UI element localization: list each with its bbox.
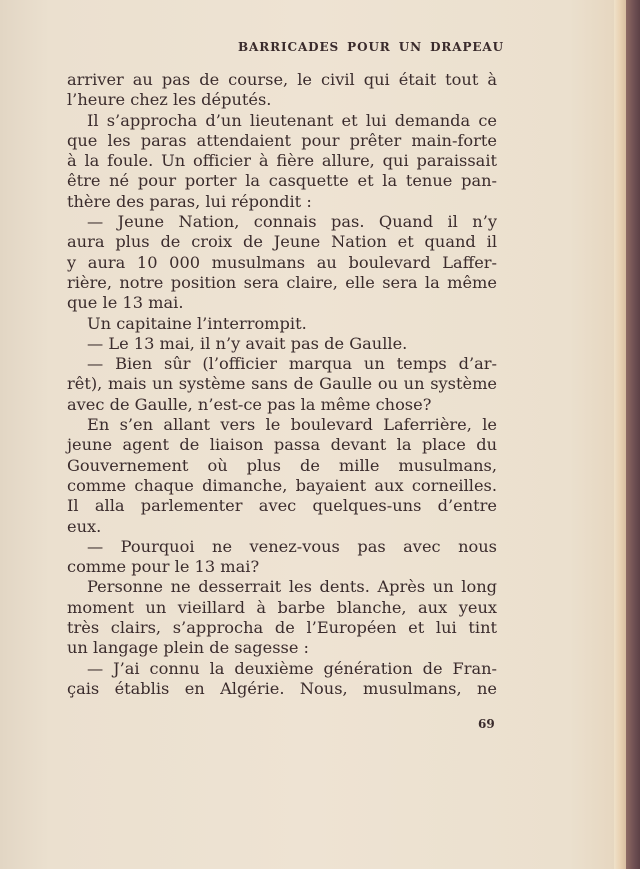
text-line: comme pour le 13 mai?	[67, 557, 497, 577]
text-line: — J’ai connu la deuxième génération de F…	[67, 659, 497, 679]
text-line: Un capitaine l’interrompit.	[67, 314, 497, 334]
text-line: rêt), mais un système sans de Gaulle ou …	[67, 374, 497, 394]
text-line: Il s’approcha d’un lieutenant et lui dem…	[67, 111, 497, 131]
text-line: à la foule. Un officier à fière allure, …	[67, 151, 497, 171]
text-line: avec de Gaulle, n’est-ce pas la même cho…	[67, 395, 497, 415]
text-line: rière, notre position sera claire, elle …	[67, 273, 497, 293]
text-line: arriver au pas de course, le civil qui é…	[67, 70, 497, 90]
text-line: — Bien sûr (l’officier marqua un temps d…	[67, 354, 497, 374]
page-edge	[614, 0, 626, 869]
text-line: comme chaque dimanche, bayaient aux corn…	[67, 476, 497, 496]
text-line: un langage plein de sagesse :	[67, 638, 497, 658]
text-line: En s’en allant vers le boulevard Laferri…	[67, 415, 497, 435]
text-line: que le 13 mai.	[67, 293, 497, 313]
text-line: aura plus de croix de Jeune Nation et qu…	[67, 232, 497, 252]
text-line: thère des paras, lui répondit :	[67, 192, 497, 212]
text-line: très clairs, s’approcha de l’Européen et…	[67, 618, 497, 638]
text-line: çais établis en Algérie. Nous, musulmans…	[67, 679, 497, 699]
text-line: être né pour porter la casquette et la t…	[67, 171, 497, 191]
text-line: Gouvernement où plus de mille musulmans,	[67, 456, 497, 476]
body-text: arriver au pas de course, le civil qui é…	[67, 70, 497, 699]
text-line: — Pourquoi ne venez-vous pas avec nous	[67, 537, 497, 557]
text-line: jeune agent de liaison passa devant la p…	[67, 435, 497, 455]
running-head: BARRICADES POUR UN DRAPEAU	[238, 40, 500, 54]
text-line: — Le 13 mai, il n’y avait pas de Gaulle.	[67, 334, 497, 354]
book-cover-edge	[626, 0, 640, 869]
text-line: Personne ne desserrait les dents. Après …	[67, 577, 497, 597]
text-line: que les paras attendaient pour prêter ma…	[67, 131, 497, 151]
text-line: moment un vieillard à barbe blanche, aux…	[67, 598, 497, 618]
text-line: — Jeune Nation, connais pas. Quand il n’…	[67, 212, 497, 232]
text-line: Il alla parlementer avec quelques-uns d’…	[67, 496, 497, 516]
page-number: 69	[478, 717, 495, 731]
text-line: y aura 10 000 musulmans au boulevard Laf…	[67, 253, 497, 273]
text-line: l’heure chez les députés.	[67, 90, 497, 110]
text-line: eux.	[67, 517, 497, 537]
